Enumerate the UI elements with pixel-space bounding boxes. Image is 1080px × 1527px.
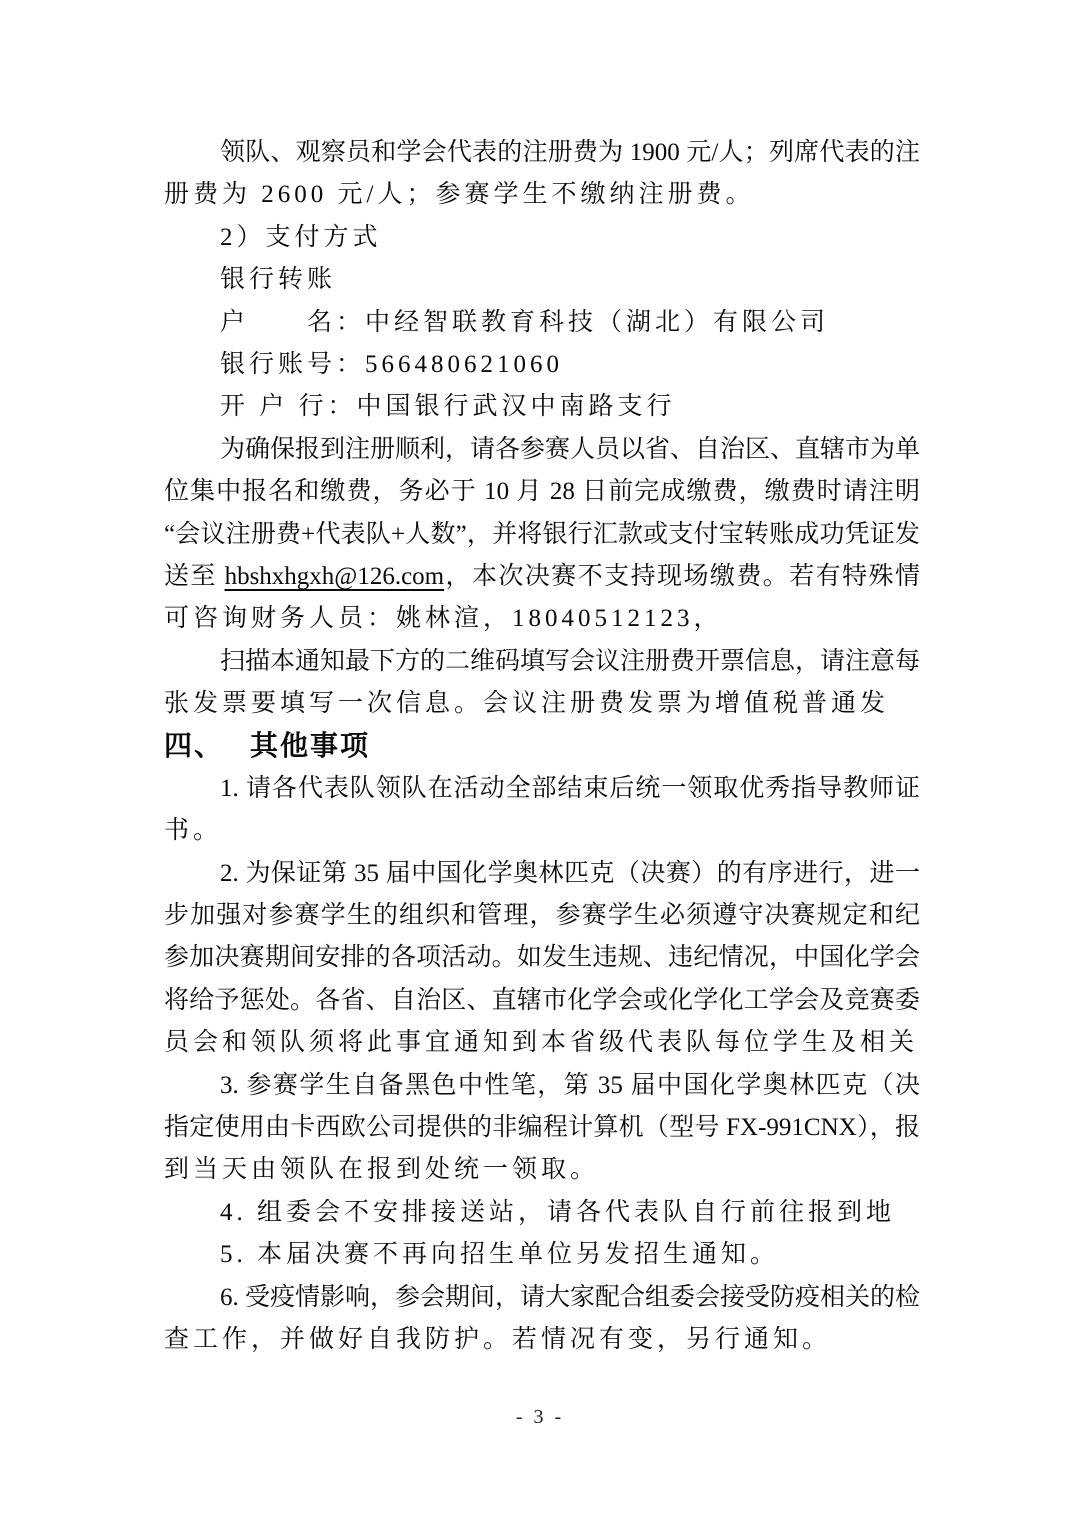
paragraph-line: 位集中报名和缴费，务必于 10 月 28 日前完成缴费，缴费时请注明 [164, 471, 920, 513]
section-heading-title: 其他事项 [250, 730, 370, 761]
paragraph-line: “会议注册费+代表队+人数”，并将银行汇款或支付宝转账成功凭证发 [164, 514, 920, 556]
bank-branch-line: 开 户 行：中国银行武汉中南路支行 [164, 386, 920, 428]
paragraph-line: 查工作，并做好自我防护。若情况有变，另行通知。 [164, 1319, 920, 1361]
paragraph-line: 6. 受疫情影响，参会期间，请大家配合组委会接受防疫相关的检 [164, 1277, 920, 1319]
account-name-line: 户 名：中经智联教育科技（湖北）有限公司 [164, 302, 920, 344]
paragraph-line: 2. 为保证第 35 届中国化学奥林匹克（决赛）的有序进行，进一 [164, 853, 920, 895]
section-heading: 四、其他事项 [164, 725, 920, 767]
document-page: { "colors": { "text": "#0a0a0a", "backgr… [0, 0, 1080, 1527]
paragraph-line: 员会和领队须将此事宜通知到本省级代表队每位学生及相关人员。 [164, 1022, 920, 1064]
finance-contact-line: 可咨询财务人员：姚林渲，18040512123，526244596@qq.com… [164, 598, 920, 640]
paragraph-line: 步加强对参赛学生的组织和管理，参赛学生必须遵守决赛规定和纪律， [164, 895, 920, 937]
section-heading-number: 四、 [164, 730, 224, 761]
paragraph-line: 领队、观察员和学会代表的注册费为 1900 元/人；列席代表的注 [164, 132, 920, 174]
paragraph-line: 到当天由领队在报到处统一领取。 [164, 1149, 920, 1191]
email-line: 送至 hbshxhgxh@126.com，本次决赛不支持现场缴费。若有特殊情况， [164, 556, 920, 598]
paragraph-line: 银行转账 [164, 259, 920, 301]
email-line-prefix: 送至 [164, 563, 225, 590]
paragraph-line: 4. 组委会不安排接送站，请各代表队自行前往报到地点。 [164, 1192, 920, 1234]
paragraph-line: 指定使用由卡西欧公司提供的非编程计算机（型号 FX-991CNX），报 [164, 1107, 920, 1149]
paragraph-line: 书。 [164, 810, 920, 852]
document-body: 领队、观察员和学会代表的注册费为 1900 元/人；列席代表的注 册费为 260… [164, 132, 920, 1361]
paragraph-line: 扫描本通知最下方的二维码填写会议注册费开票信息，请注意每 [164, 641, 920, 683]
page-number: - 3 - [0, 1406, 1080, 1429]
paragraph-line: 5. 本届决赛不再向招生单位另发招生通知。 [164, 1234, 920, 1276]
paragraph-line: 2）支付方式 [164, 217, 920, 259]
paragraph-line: 为确保报到注册顺利，请各参赛人员以省、自治区、直辖市为单 [164, 429, 920, 471]
email-link[interactable]: hbshxhgxh@126.com [225, 563, 445, 590]
paragraph-line: 张发票要填写一次信息。会议注册费发票为增值税普通发票。 [164, 683, 920, 725]
paragraph-line: 3. 参赛学生自备黑色中性笔，第 35 届中国化学奥林匹克（决赛） [164, 1065, 920, 1107]
paragraph-line: 将给予惩处。各省、自治区、直辖市化学会或化学化工学会及竞赛委 [164, 980, 920, 1022]
paragraph-line: 参加决赛期间安排的各项活动。如发生违规、违纪情况，中国化学会 [164, 937, 920, 979]
account-number-line: 银行账号：566480621060 [164, 344, 920, 386]
paragraph-line: 册费为 2600 元/人；参赛学生不缴纳注册费。 [164, 174, 920, 216]
paragraph-line: 1. 请各代表队领队在活动全部结束后统一领取优秀指导教师证 [164, 768, 920, 810]
